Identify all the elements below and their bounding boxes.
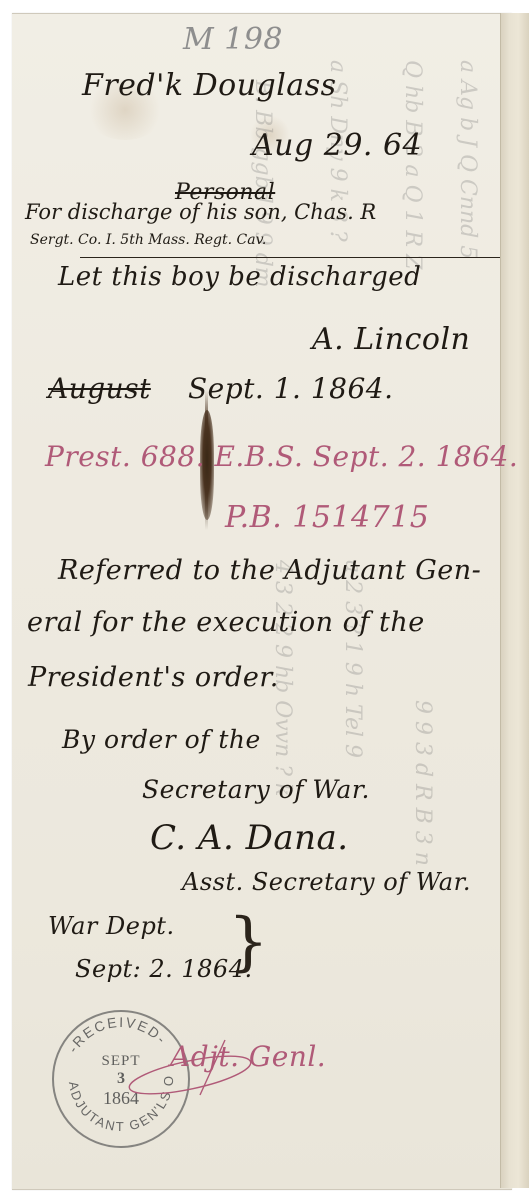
author-name: Fred'k Douglass	[82, 68, 337, 103]
letter-date: Aug 29. 64	[252, 128, 422, 163]
by-order-line-1: By order of the	[62, 725, 261, 754]
referral-line-1: Referred to the Adjutant Gen-	[58, 555, 481, 586]
adjutant-signature: Adjt. Genl.	[170, 1040, 326, 1073]
red-notation-receipt: Prest. 688. E.B.S. Sept. 2. 1864.	[45, 440, 518, 473]
request-line-2: Sergt. Co. I. 5th Mass. Regt. Cav.	[30, 232, 266, 248]
by-order-line-2: Secretary of War.	[142, 775, 370, 804]
lincoln-order: Let this boy be discharged	[58, 262, 421, 292]
request-line-1: For discharge of his son, Chas. R	[25, 200, 376, 224]
red-notation-reference: P.B. 1514715	[225, 500, 429, 535]
lincoln-signature: A. Lincoln	[312, 322, 470, 357]
war-dept-label: War Dept.	[48, 912, 175, 940]
referral-line-3: President's order.	[28, 662, 279, 693]
signing-date: Sept. 1. 1864.	[188, 372, 394, 405]
archive-mark: M 198	[183, 22, 283, 57]
dana-title: Asst. Secretary of War.	[182, 868, 471, 896]
dana-signature: C. A. Dana.	[150, 818, 349, 858]
brace-icon: }	[228, 905, 269, 979]
divider-line	[80, 257, 500, 258]
war-dept-date: Sept: 2. 1864.	[75, 955, 253, 983]
folded-edge	[500, 13, 529, 1188]
referral-line-2: eral for the execution of the	[27, 607, 425, 638]
date-crossed-out: August	[48, 372, 151, 405]
